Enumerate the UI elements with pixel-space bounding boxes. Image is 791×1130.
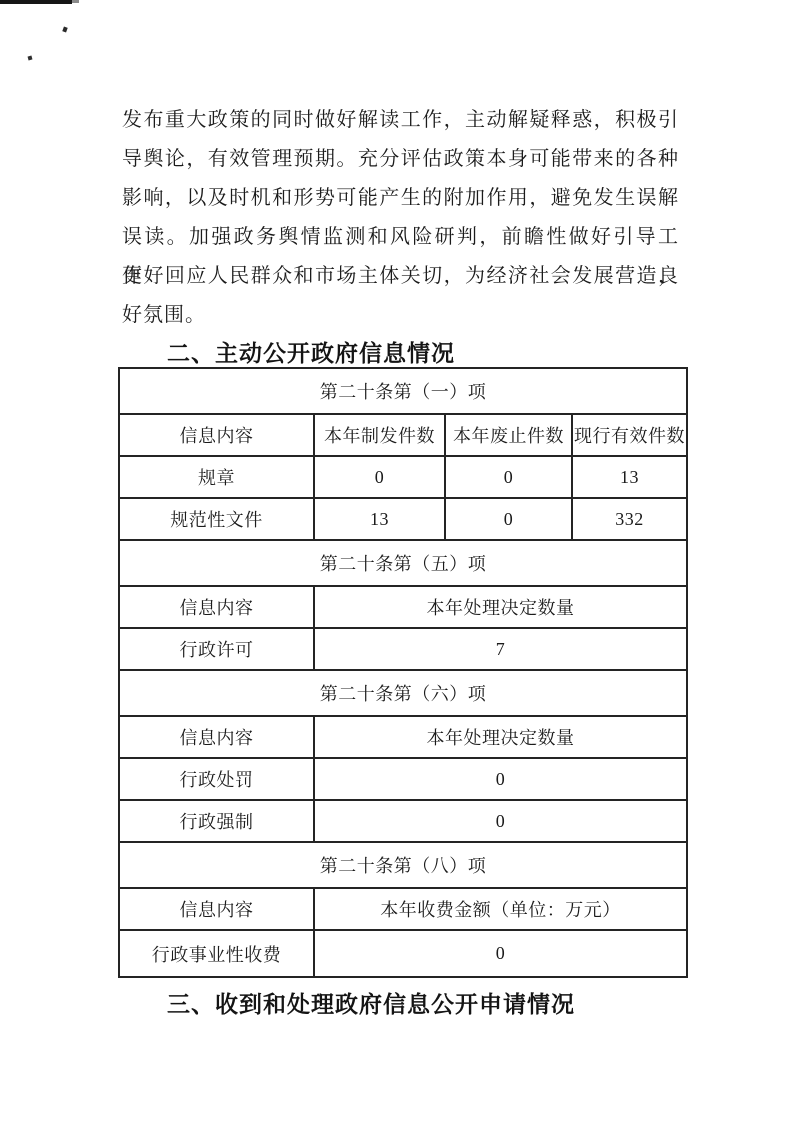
section-title: 第二十条第（六）项 [119, 670, 687, 716]
cell-value: 0 [445, 498, 572, 540]
cell-value: 0 [314, 930, 687, 977]
cell-value: 0 [314, 456, 445, 498]
scan-edge-artifact [0, 0, 72, 4]
scan-speck [62, 26, 67, 32]
cell-value: 0 [445, 456, 572, 498]
column-header: 信息内容 [119, 414, 314, 456]
table-row: 规范性文件130332 [119, 498, 687, 540]
scanned-report-page: { "document": { "paragraph_lines": [ "发布… [0, 0, 791, 1130]
column-header: 信息内容 [119, 888, 314, 930]
cell-value: 332 [572, 498, 687, 540]
column-header: 现行有效件数 [572, 414, 687, 456]
cell-value: 13 [314, 498, 445, 540]
table-header-row: 信息内容本年处理决定数量 [119, 716, 687, 758]
table-header-row: 信息内容本年收费金额（单位：万元） [119, 888, 687, 930]
row-label: 行政许可 [119, 628, 314, 670]
column-header: 本年收费金额（单位：万元） [314, 888, 687, 930]
table-header-row: 信息内容本年处理决定数量 [119, 586, 687, 628]
cell-value: 7 [314, 628, 687, 670]
table-section-row: 第二十条第（一）项 [119, 368, 687, 414]
table-section-row: 第二十条第（八）项 [119, 842, 687, 888]
row-label: 规范性文件 [119, 498, 314, 540]
table-row: 行政处罚0 [119, 758, 687, 800]
table-row: 行政事业性收费0 [119, 930, 687, 977]
scan-speck [28, 56, 33, 61]
body-paragraph: 发布重大政策的同时做好解读工作，主动解疑释惑，积极引导舆论，有效管理预期。充分评… [122, 101, 679, 335]
section-title: 第二十条第（八）项 [119, 842, 687, 888]
paragraph-line: 发布重大政策的同时做好解读工作，主动解疑释惑，积极引 [122, 101, 679, 140]
column-header: 信息内容 [119, 716, 314, 758]
disclosure-table: 第二十条第（一）项信息内容本年制发件数本年废止件数现行有效件数规章0013规范性… [118, 367, 688, 978]
column-header: 本年废止件数 [445, 414, 572, 456]
paragraph-line: 好氛围。 [122, 296, 679, 335]
column-header: 本年制发件数 [314, 414, 445, 456]
cell-value: 13 [572, 456, 687, 498]
table-row: 行政强制0 [119, 800, 687, 842]
cell-value: 0 [314, 800, 687, 842]
table-header-row: 信息内容本年制发件数本年废止件数现行有效件数 [119, 414, 687, 456]
paragraph-line: 误读。加强政务舆情监测和风险研判，前瞻性做好引导工作， [122, 218, 679, 257]
column-header: 本年处理决定数量 [314, 716, 687, 758]
table-section-row: 第二十条第（六）项 [119, 670, 687, 716]
disclosure-table-body: 第二十条第（一）项信息内容本年制发件数本年废止件数现行有效件数规章0013规范性… [119, 368, 687, 977]
section-title: 第二十条第（一）项 [119, 368, 687, 414]
section-heading-proactive-disclosure: 二、主动公开政府信息情况 [167, 335, 455, 368]
section-heading-request-handling: 三、收到和处理政府信息公开申请情况 [167, 986, 575, 1019]
paragraph-line: 影响，以及时机和形势可能产生的附加作用，避免发生误解 [122, 179, 679, 218]
section-title: 第二十条第（五）项 [119, 540, 687, 586]
column-header: 本年处理决定数量 [314, 586, 687, 628]
row-label: 规章 [119, 456, 314, 498]
row-label: 行政强制 [119, 800, 314, 842]
scan-edge-artifact-tail [72, 0, 79, 3]
column-header: 信息内容 [119, 586, 314, 628]
table-section-row: 第二十条第（五）项 [119, 540, 687, 586]
paragraph-line: 更好回应人民群众和市场主体关切，为经济社会发展营造良 [122, 257, 679, 296]
table-row: 规章0013 [119, 456, 687, 498]
row-label: 行政事业性收费 [119, 930, 314, 977]
paragraph-line: 导舆论，有效管理预期。充分评估政策本身可能带来的各种 [122, 140, 679, 179]
table-row: 行政许可7 [119, 628, 687, 670]
cell-value: 0 [314, 758, 687, 800]
row-label: 行政处罚 [119, 758, 314, 800]
